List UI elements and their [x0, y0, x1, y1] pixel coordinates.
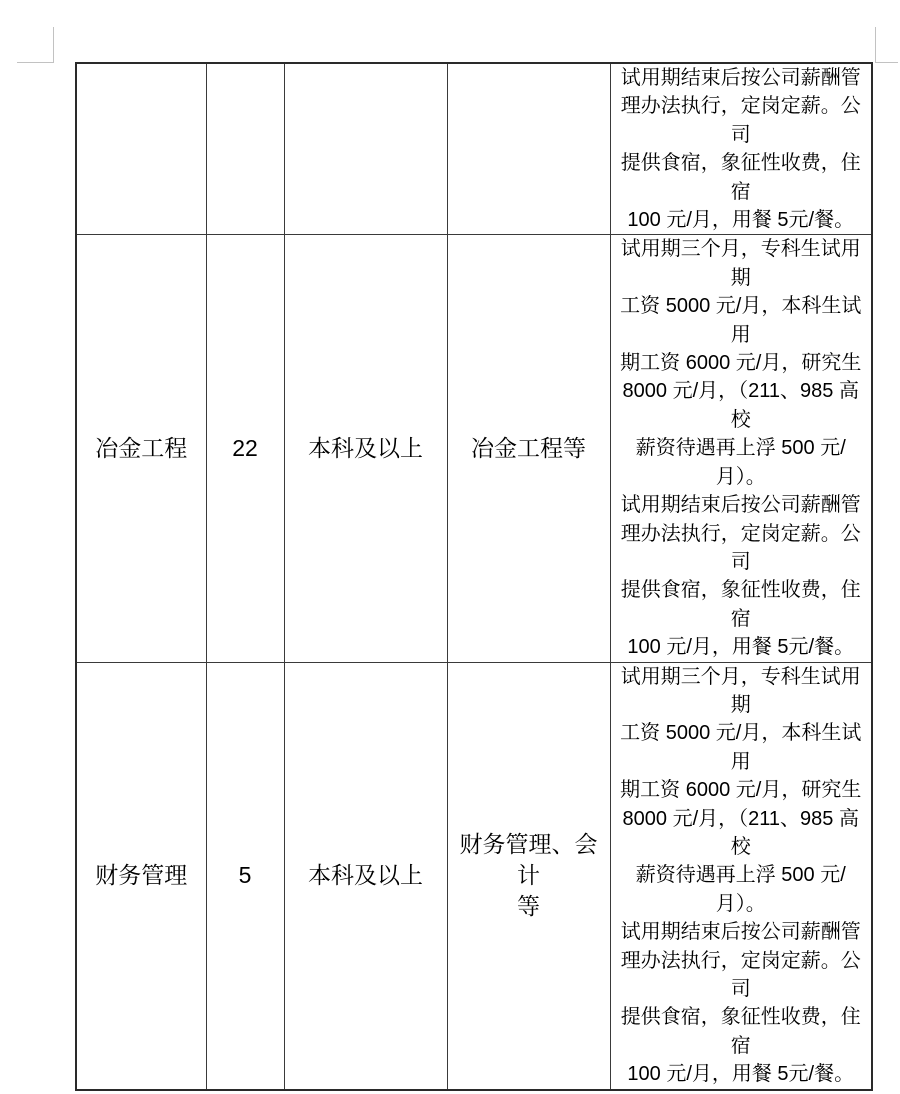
- major-cell: 冶金工程等: [447, 235, 610, 662]
- page-margin-mark-top-left: [17, 27, 54, 63]
- position-cell: 冶金工程: [76, 235, 206, 662]
- position-cell: [76, 63, 206, 235]
- position-cell: 财务管理: [76, 662, 206, 1090]
- page-margin-mark-top-right: [875, 27, 898, 63]
- major-cell: [447, 63, 610, 235]
- table-row: 冶金工程 22 本科及以上 冶金工程等 试用期三个月，专科生试用期 工资 500…: [76, 235, 872, 662]
- document-page: 试用期结束后按公司薪酬管 理办法执行，定岗定薪。公司 提供食宿，象征性收费，住宿…: [0, 0, 900, 1094]
- table-row: 试用期结束后按公司薪酬管 理办法执行，定岗定薪。公司 提供食宿，象征性收费，住宿…: [76, 63, 872, 235]
- salary-terms-cell: 试用期三个月，专科生试用期 工资 5000 元/月，本科生试用 期工资 6000…: [610, 235, 872, 662]
- major-cell: 财务管理、会计 等: [447, 662, 610, 1090]
- salary-terms-cell: 试用期三个月，专科生试用期 工资 5000 元/月，本科生试用 期工资 6000…: [610, 662, 872, 1090]
- headcount-cell: 22: [206, 235, 284, 662]
- salary-terms-cell: 试用期结束后按公司薪酬管 理办法执行，定岗定薪。公司 提供食宿，象征性收费，住宿…: [610, 63, 872, 235]
- headcount-cell: [206, 63, 284, 235]
- recruitment-table: 试用期结束后按公司薪酬管 理办法执行，定岗定薪。公司 提供食宿，象征性收费，住宿…: [75, 62, 873, 1091]
- education-cell: [284, 63, 447, 235]
- headcount-cell: 5: [206, 662, 284, 1090]
- education-cell: 本科及以上: [284, 662, 447, 1090]
- table-row: 财务管理 5 本科及以上 财务管理、会计 等 试用期三个月，专科生试用期 工资 …: [76, 662, 872, 1090]
- education-cell: 本科及以上: [284, 235, 447, 662]
